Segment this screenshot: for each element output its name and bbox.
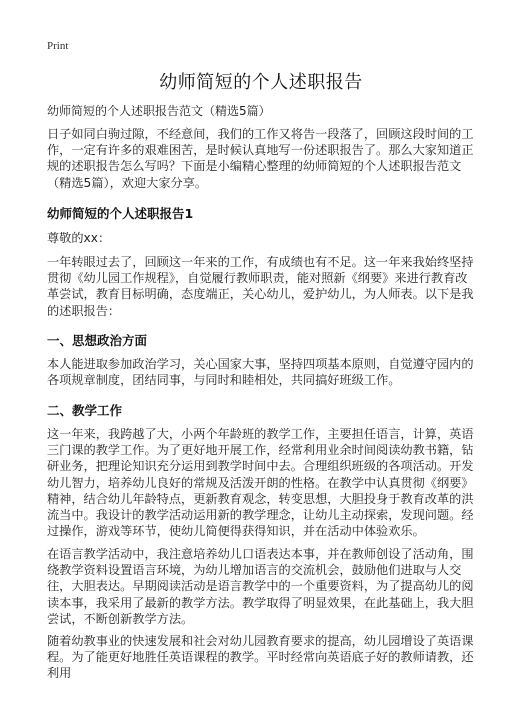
part1-heading: 一、思想政治方面 <box>47 331 147 349</box>
opening-paragraph: 一年转眼过去了，回顾这一年来的工作，有成绩也有不足。这一年来我始终坚持贯彻《幼儿… <box>47 254 475 319</box>
print-label[interactable]: Print <box>47 40 68 52</box>
part2-heading: 二、教学工作 <box>47 401 122 419</box>
section-heading-1: 幼师简短的个人述职报告1 <box>47 204 193 222</box>
part2-paragraph-3: 随着幼教事业的快速发展和社会对幼儿园教育要求的提高，幼儿园增设了英语课程。为了能… <box>47 633 475 682</box>
part1-paragraph: 本人能进取参加政治学习，关心国家大事，坚持四项基本原则，自觉遵守园内的各项规章制… <box>47 356 475 388</box>
intro-paragraph: 日子如同白驹过隙，不经意间，我们的工作又将告一段落了，回顾这段时间的工作，一定有… <box>47 126 475 191</box>
part2-paragraph-2: 在语言教学活动中，我注意培养幼儿口语表达本事，并在教师创设了活动角，围绕教学资料… <box>47 546 475 627</box>
salutation: 尊敬的xx： <box>47 230 475 246</box>
document-subtitle: 幼师简短的个人述职报告范文（精选5篇） <box>47 102 271 119</box>
document-title: 幼师简短的个人述职报告 <box>47 68 475 94</box>
part2-paragraph-1: 这一年来，我跨越了大，小两个年龄班的教学工作，主要担任语言，计算，英语三门课的教… <box>47 426 475 539</box>
